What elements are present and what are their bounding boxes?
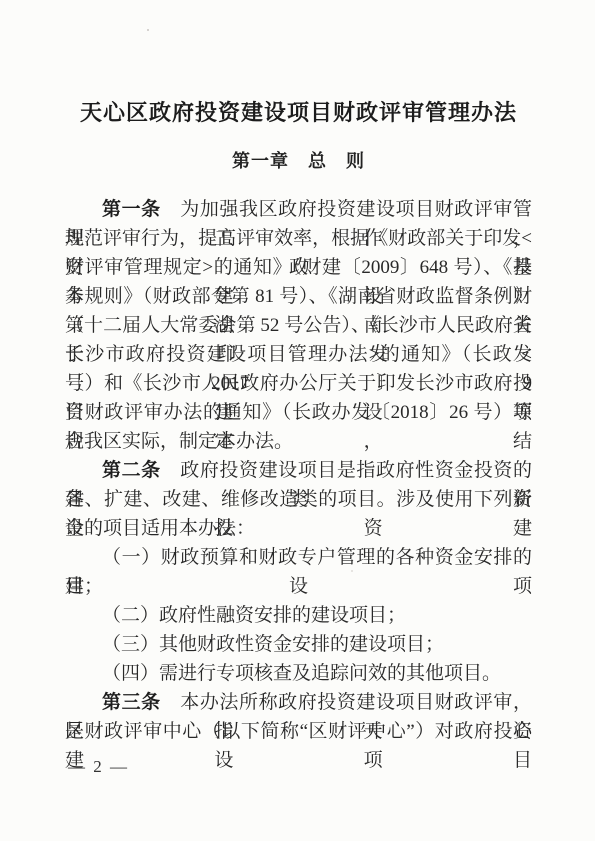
document-body: 第一条 为加强我区政府投资建设项目财政评审管理工作， 规范评审行为，提高评审效率… [65, 195, 532, 746]
line-text: （三）其他财政性资金安排的建设项目； [102, 634, 444, 655]
body-line: 长沙市政府投资建设项目管理办法>的通知》（长政发〔2017〕9 [65, 340, 532, 369]
scan-speck [351, 570, 353, 572]
line-text: 区财政评审中心（以下简称“区财评中心”）对政府投资建设项目 [65, 721, 532, 771]
body-line: 区财政评审中心（以下简称“区财评中心”）对政府投资建设项目 [65, 717, 532, 746]
article-number: 第三条 [102, 692, 161, 713]
body-line list-item: （一）财政预算和财政专户管理的各种资金安排的建设项 [65, 543, 532, 572]
article-number: 第二条 [102, 460, 161, 481]
body-line: 第三条 本办法所称政府投资建设项目财政评审，是指天心 [65, 688, 532, 717]
line-text: （一）财政预算和财政专户管理的各种资金安排的建设项 [65, 547, 532, 597]
body-line list-item: （三）其他财政性资金安排的建设项目； [65, 630, 532, 659]
line-text: （四）需进行专项核查及追踪问效的其他项目。 [102, 663, 501, 684]
body-line: 第十二届人大常委会第 52 号公告）、《长沙市人民政府关于印发< [65, 311, 532, 340]
body-line: 务规则》（财政部令第 81 号）、《湖南省财政监督条例》（湖南省 [65, 282, 532, 311]
scanned-document-page: 天心区政府投资建设项目财政评审管理办法 第一章 总 则 第一条 为加强我区政府投… [0, 0, 595, 841]
scan-speck [147, 29, 149, 31]
line-text: （二）政府性融资安排的建设项目； [102, 605, 406, 626]
body-line: 资评审管理规定>的通知》（财建〔2009〕648 号）、《基本建设财 [65, 253, 532, 282]
body-line: 建、扩建、改建、维修改造类的项目。涉及使用下列资金投资建 [65, 485, 532, 514]
body-line list-item: （四）需进行专项核查及追踪问效的其他项目。 [65, 659, 532, 688]
document-title: 天心区政府投资建设项目财政评审管理办法 [65, 97, 532, 129]
body-line: 第二条 政府投资建设项目是指政府性资金投资的各类新 [65, 456, 532, 485]
article-number: 第一条 [102, 199, 161, 220]
body-line: 第一条 为加强我区政府投资建设项目财政评审管理工作， [65, 195, 532, 224]
body-line: 目财政评审办法的通知》（长政办发〔2018〕26 号）等规定，结 [65, 398, 532, 427]
body-line: 规范评审行为，提高评审效率，根据《财政部关于印发<财政投 [65, 224, 532, 253]
line-text: 合我区实际，制定本办法。 [65, 431, 293, 452]
document-content: 天心区政府投资建设项目财政评审管理办法 第一章 总 则 第一条 为加强我区政府投… [0, 0, 595, 777]
line-text: 设的项目适用本办法： [65, 518, 255, 539]
body-line list-item: （二）政府性融资安排的建设项目； [65, 601, 532, 630]
line-text: 目； [65, 576, 103, 597]
body-line: 号）和《长沙市人民政府办公厅关于印发长沙市政府投资建设项 [65, 369, 532, 398]
chapter-heading: 第一章 总 则 [65, 150, 532, 172]
